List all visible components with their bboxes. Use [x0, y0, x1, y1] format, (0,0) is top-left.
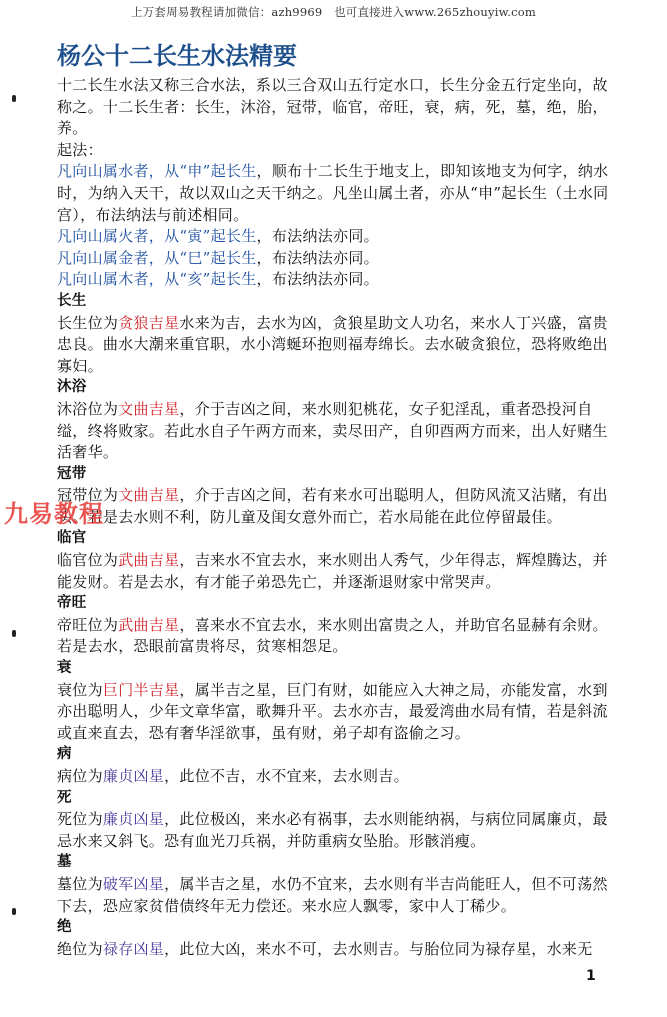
method-rule: 凡向山属木者，从“亥”起长生，布法纳法亦同。 [57, 269, 617, 291]
method-rule: 凡向山属水者，从“申”起长生，顺布十二长生于地支上，即知该地支为何字，纳水时，为… [57, 161, 617, 226]
section-text: 冠带位为文曲吉星，介于吉凶之间，若有来水可出聪明人，但防风流又沾赌，有出头。若是… [57, 485, 617, 528]
section-body: ，此位不吉，水不宜来，去水则吉。 [164, 767, 409, 785]
star-name: 文曲吉星 [118, 486, 179, 504]
section-text: 死位为廉贞凶星，此位极凶，来水必有祸事，去水则能纳祸，与病位同属廉贞，最忌水来又… [57, 809, 617, 852]
header-watermark: 上万套周易教程请加微信：azh9969 也可直接进入www.265zhouyiw… [0, 4, 667, 20]
section-prefix: 病位为 [57, 767, 103, 785]
scan-mark [12, 95, 16, 102]
document-body: 十二长生水法又称三合水法，系以三合双山五行定水口，长生分金五行定坐向，故称之。十… [57, 75, 617, 960]
section-heading: 临官 [57, 528, 617, 550]
rule-text: ，布法纳法亦同。 [257, 249, 379, 267]
star-name: 廉贞凶星 [103, 810, 164, 828]
section-prefix: 绝位为 [57, 940, 103, 958]
section-heading: 病 [57, 744, 617, 766]
page-number: 1 [586, 968, 596, 984]
section-heading: 绝 [57, 917, 617, 939]
section-heading: 长生 [57, 291, 617, 313]
method-rule: 凡向山属火者，从“寅”起长生，布法纳法亦同。 [57, 226, 617, 248]
intro-paragraph: 十二长生水法又称三合水法，系以三合双山五行定水口，长生分金五行定坐向，故称之。十… [57, 75, 617, 140]
section-heading: 帝旺 [57, 593, 617, 615]
section-prefix: 衰位为 [57, 681, 103, 699]
section-prefix: 帝旺位为 [57, 616, 118, 634]
star-name: 廉贞凶星 [103, 767, 164, 785]
section-heading: 沐浴 [57, 377, 617, 399]
section-prefix: 沐浴位为 [57, 400, 118, 418]
star-name: 禄存凶星 [103, 940, 164, 958]
star-name: 贪狼吉星 [118, 314, 179, 332]
section-prefix: 临官位为 [57, 551, 118, 569]
rule-lead: 凡向山属水者，从“申”起长生 [57, 162, 257, 180]
section-text: 沐浴位为文曲吉星，介于吉凶之间，来水则犯桃花，女子犯淫乱，重者恐投河自缢，终将败… [57, 399, 617, 464]
section-heading: 冠带 [57, 464, 617, 486]
section-prefix: 死位为 [57, 810, 103, 828]
rule-text: ，布法纳法亦同。 [257, 227, 379, 245]
rule-lead: 凡向山属金者，从“巳”起长生 [57, 249, 257, 267]
star-name: 武曲吉星 [118, 616, 179, 634]
section-text: 绝位为禄存凶星，此位大凶，来水不可，去水则吉。与胎位同为禄存星，水来无 [57, 939, 617, 961]
watermark-stamp: 九易教程 [4, 494, 104, 529]
rule-lead: 凡向山属木者，从“亥”起长生 [57, 270, 257, 288]
section-text: 病位为廉贞凶星，此位不吉，水不宜来，去水则吉。 [57, 766, 617, 788]
section-text: 帝旺位为武曲吉星，喜来水不宜去水，来水则出富贵之人，并助官名显赫有余财。若是去水… [57, 615, 617, 658]
section-text: 墓位为破军凶星，属半吉之星，水仍不宜来，去水则有半吉尚能旺人，但不可荡然下去，恐… [57, 874, 617, 917]
section-body: ，此位大凶，来水不可，去水则吉。与胎位同为禄存星，水来无 [164, 940, 592, 958]
star-name: 巨门半吉星 [103, 681, 180, 699]
page-title: 杨公十二长生水法精要 [57, 36, 297, 71]
method-rule: 凡向山属金者，从“巳”起长生，布法纳法亦同。 [57, 248, 617, 270]
scan-mark [12, 630, 16, 637]
section-prefix: 长生位为 [57, 314, 118, 332]
section-heading: 墓 [57, 852, 617, 874]
scan-mark [12, 908, 16, 915]
method-label: 起法： [57, 140, 617, 162]
section-text: 衰位为巨门半吉星，属半吉之星，巨门有财，如能应入大神之局，亦能发富，水到亦出聪明… [57, 680, 617, 745]
star-name: 破军凶星 [103, 875, 164, 893]
section-heading: 衰 [57, 658, 617, 680]
rule-lead: 凡向山属火者，从“寅”起长生 [57, 227, 257, 245]
rule-text: ，布法纳法亦同。 [257, 270, 379, 288]
section-text: 长生位为贪狼吉星水来为吉，去水为凶，贪狼星助文人功名，来水人丁兴盛，富贵忠良。曲… [57, 313, 617, 378]
section-prefix: 墓位为 [57, 875, 103, 893]
section-text: 临官位为武曲吉星，吉来水不宜去水，来水则出人秀气，少年得志，辉煌腾达，并能发财。… [57, 550, 617, 593]
star-name: 文曲吉星 [118, 400, 179, 418]
star-name: 武曲吉星 [118, 551, 179, 569]
section-heading: 死 [57, 788, 617, 810]
